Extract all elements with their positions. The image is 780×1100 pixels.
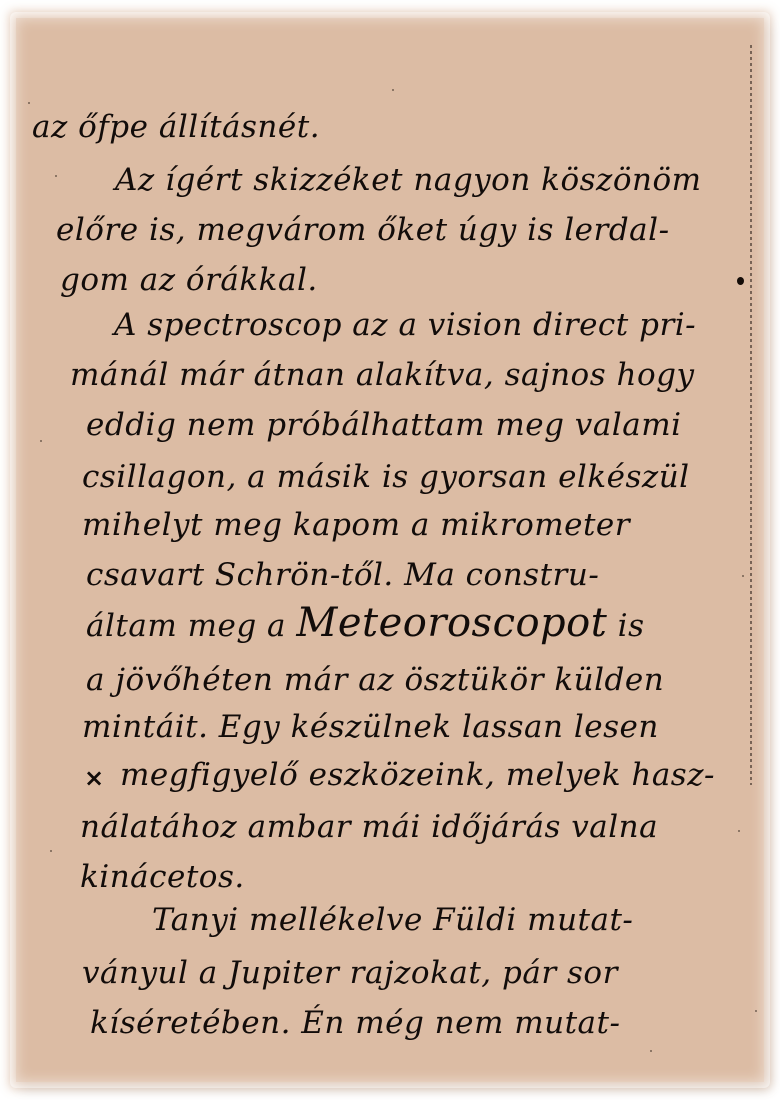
margin-rule [750, 45, 752, 785]
text-line-6: mánál már átnan alakítva, sajnos hogy [70, 360, 694, 391]
text-line-17: Tanyi mellékelve Füldi mutat- [152, 905, 633, 936]
text-line-18: ványul a Jupiter rajzokat, pár sor [82, 958, 618, 989]
paper-speck [650, 1050, 652, 1052]
text-line-9: mihelyt meg kapom a mikrometer [82, 510, 630, 541]
emphasized-word: Meteoroscopot [296, 600, 607, 646]
paper-speck [50, 850, 52, 852]
paper-speck [55, 175, 57, 177]
text-line-11: áltam meg a Meteoroscopot is [86, 603, 645, 643]
text-line-7: eddig nem próbálhattam meg valami [86, 410, 682, 441]
paper-speck [28, 102, 30, 104]
insertion-mark-icon: × [84, 764, 104, 792]
text-line-11-start: áltam meg a [86, 608, 286, 644]
text-line-5: A spectroscop az a vision direct pri- [114, 310, 696, 341]
text-line-19: kíséretében. Én még nem mutat- [90, 1008, 620, 1039]
text-line-10: csavart Schrön-től. Ma constru- [86, 560, 599, 591]
text-line-8: csillagon, a másik is gyorsan elkészül [82, 462, 690, 493]
paper-speck [742, 575, 744, 577]
text-line-13: mintáit. Egy készülnek lassan lesen [82, 712, 659, 743]
text-line-16: kinácetos. [80, 862, 245, 893]
text-line-15: nálatához ambar mái időjárás valna [80, 812, 658, 843]
ink-blot [737, 277, 744, 285]
paper-speck [392, 89, 394, 91]
text-line-12: a jövőhéten már az ösztükör külden [86, 665, 664, 696]
paper-speck [738, 830, 740, 832]
text-line-1: az őfpe állításnét. [32, 112, 320, 143]
text-line-3: előre is, megvárom őket úgy is lerdal- [56, 215, 670, 246]
text-line-2: Az ígért skizzéket nagyon köszönöm [115, 165, 702, 196]
text-line-11-end: is [618, 608, 645, 644]
text-line-4: gom az órákkal. [60, 265, 318, 296]
paper-speck [755, 1010, 757, 1012]
paper-speck [40, 440, 42, 442]
text-line-14: megfigyelő eszközeink, melyek hasz- [120, 760, 715, 791]
